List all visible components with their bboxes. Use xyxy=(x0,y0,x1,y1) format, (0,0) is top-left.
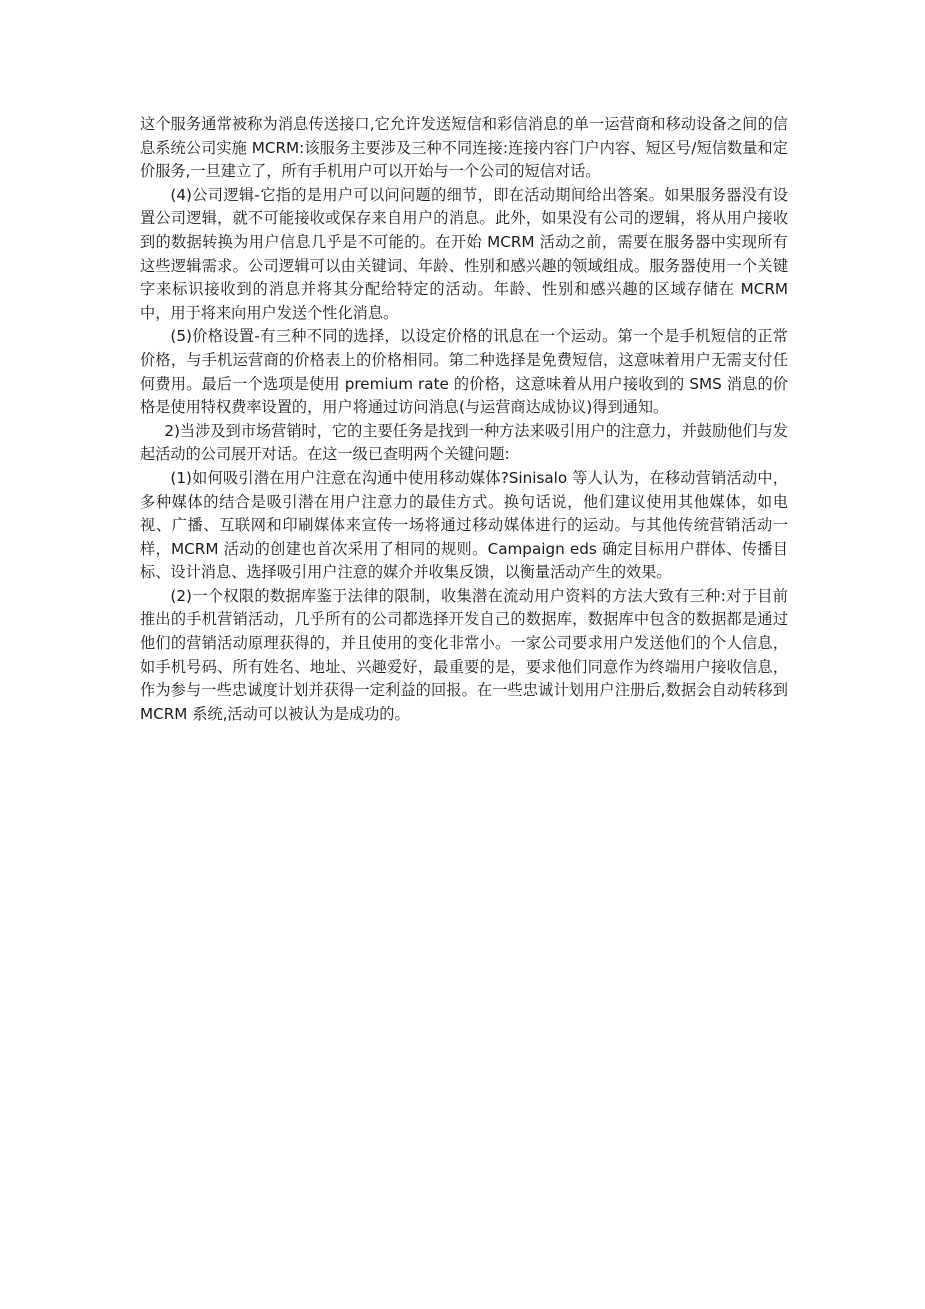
paragraph-price-setting: (5)价格设置-有三种不同的选择，以设定价格的讯息在一个运动。第一个是手机短信的… xyxy=(140,325,788,419)
paragraph-permission-database: (2)一个权限的数据库鉴于法律的限制，收集潜在流动用户资料的方法大致有三种:对于… xyxy=(140,585,788,727)
paragraph-marketing: 2)当涉及到市场营销时，它的主要任务是找到一种方法来吸引用户的注意力，并鼓励他们… xyxy=(140,420,788,467)
document-body: 这个服务通常被称为消息传送接口,它允许发送短信和彩信消息的单一运营商和移动设备之… xyxy=(140,113,788,726)
paragraph-attract-attention: (1)如何吸引潜在用户注意在沟通中使用移动媒体?Sinisalo 等人认为，在移… xyxy=(140,467,788,585)
paragraph-messaging-interface: 这个服务通常被称为消息传送接口,它允许发送短信和彩信消息的单一运营商和移动设备之… xyxy=(140,113,788,184)
paragraph-company-logic: (4)公司逻辑-它指的是用户可以问问题的细节，即在活动期间给出答案。如果服务器没… xyxy=(140,184,788,326)
